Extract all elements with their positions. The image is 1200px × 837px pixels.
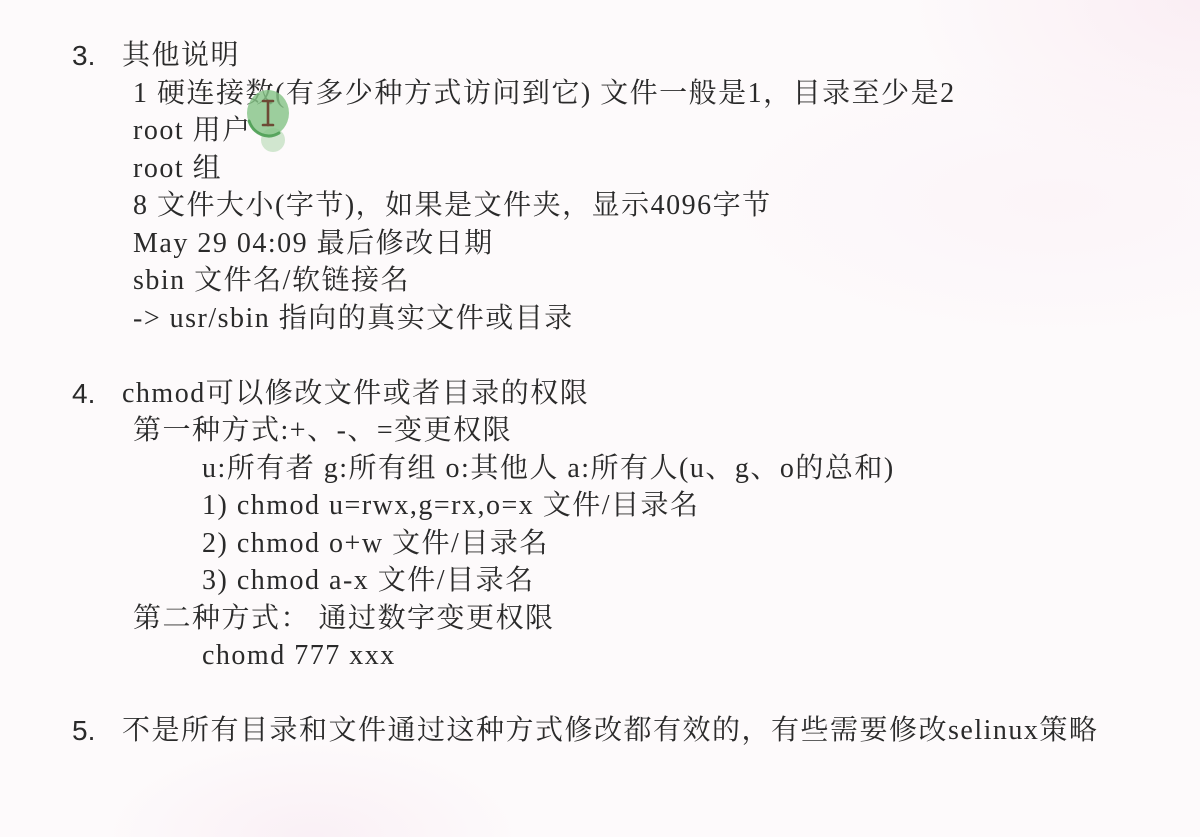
note-line-text: 第二种方式： 通过数字变更权限 xyxy=(133,600,555,638)
note-line-text: 第一种方式:+、-、=变更权限 xyxy=(133,412,512,450)
note-line: 8 文件大小(字节)，如果是文件夹，显示4096字节 xyxy=(0,187,1200,225)
note-line-text: 2) chmod o+w 文件/目录名 xyxy=(202,525,549,563)
blank-line xyxy=(0,337,1200,375)
note-line-text: 不是所有目录和文件通过这种方式修改都有效的，有些需要修改selinux策略 xyxy=(122,712,1098,750)
note-line: 第二种方式： 通过数字变更权限 xyxy=(0,600,1200,638)
notes-page: 3.其他说明1 硬连接数(有多少种方式访问到它) 文件一般是1，目录至少是2ro… xyxy=(0,0,1200,837)
note-line: sbin 文件名/软链接名 xyxy=(0,262,1200,300)
note-line: 1) chmod u=rwx,g=rx,o=x 文件/目录名 xyxy=(0,487,1200,525)
note-line: 4.chmod可以修改文件或者目录的权限 xyxy=(0,375,1200,413)
list-number: 3. xyxy=(72,37,122,75)
note-line-text: 1) chmod u=rwx,g=rx,o=x 文件/目录名 xyxy=(202,487,700,525)
note-line-text: May 29 04:09 最后修改日期 xyxy=(133,225,494,263)
note-line: 2) chmod o+w 文件/目录名 xyxy=(0,525,1200,563)
blank-line xyxy=(0,675,1200,713)
note-line: -> usr/sbin 指向的真实文件或目录 xyxy=(0,300,1200,338)
note-line: chomd 777 xxx xyxy=(0,637,1200,675)
note-line: root 用户 xyxy=(0,112,1200,150)
note-line: May 29 04:09 最后修改日期 xyxy=(0,225,1200,263)
note-line: u:所有者 g:所有组 o:其他人 a:所有人(u、g、o的总和) xyxy=(0,450,1200,488)
note-line-text: 其他说明 xyxy=(122,37,240,75)
note-line: 3.其他说明 xyxy=(0,37,1200,75)
note-line: 第一种方式:+、-、=变更权限 xyxy=(0,412,1200,450)
note-line-text: -> usr/sbin 指向的真实文件或目录 xyxy=(133,300,574,338)
note-line-text: sbin 文件名/软链接名 xyxy=(133,262,410,300)
note-line: root 组 xyxy=(0,150,1200,188)
note-line: 5.不是所有目录和文件通过这种方式修改都有效的，有些需要修改selinux策略 xyxy=(0,712,1200,750)
notes-text-area: 3.其他说明1 硬连接数(有多少种方式访问到它) 文件一般是1，目录至少是2ro… xyxy=(0,37,1200,750)
note-line-text: u:所有者 g:所有组 o:其他人 a:所有人(u、g、o的总和) xyxy=(202,450,895,488)
note-line: 1 硬连接数(有多少种方式访问到它) 文件一般是1，目录至少是2 xyxy=(0,75,1200,113)
note-line-text: root 组 xyxy=(133,150,222,188)
list-number: 5. xyxy=(72,712,122,750)
note-line-text: root 用户 xyxy=(133,112,252,150)
list-number: 4. xyxy=(72,375,122,413)
note-line-text: chomd 777 xxx xyxy=(202,637,396,675)
note-line-text: chmod可以修改文件或者目录的权限 xyxy=(122,375,589,413)
note-line: 3) chmod a-x 文件/目录名 xyxy=(0,562,1200,600)
note-line-text: 3) chmod a-x 文件/目录名 xyxy=(202,562,535,600)
note-line-text: 8 文件大小(字节)，如果是文件夹，显示4096字节 xyxy=(133,187,772,225)
note-line-text: 1 硬连接数(有多少种方式访问到它) 文件一般是1，目录至少是2 xyxy=(133,75,956,113)
